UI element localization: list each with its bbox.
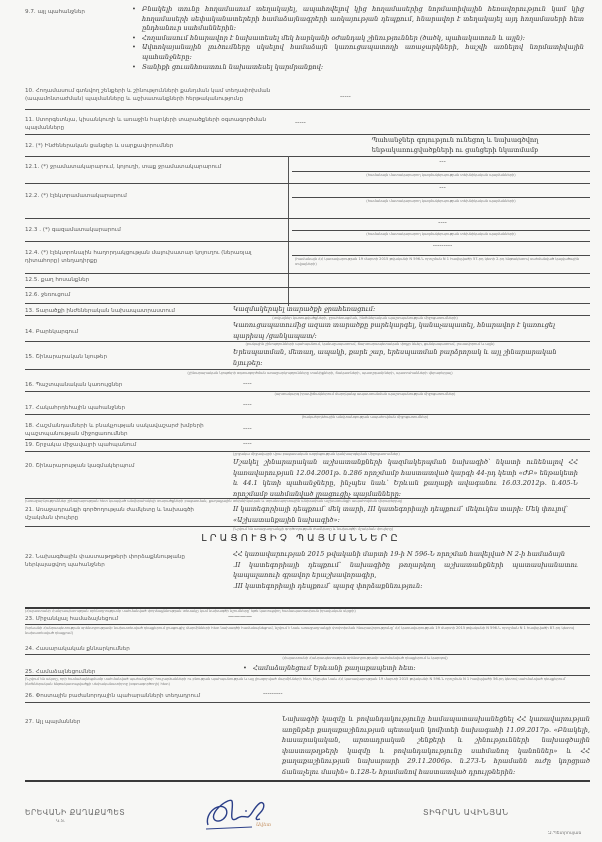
row-21-value: II կատեգորիայի դեպքում՝ մեկ տարի, III կա… bbox=[233, 504, 578, 525]
row-12-6-label: 12.6. ջեռուցում bbox=[25, 291, 285, 299]
row-22-label: 22. Նախագծային փաստաթղթերի փորձաքննությա… bbox=[25, 553, 215, 569]
row-27-value: Նախագծի կազմը և բովանդակությունը համապատ… bbox=[282, 714, 590, 777]
row-19-label: 19. Շրջակա միջավայրի պահպանում bbox=[25, 441, 235, 449]
column-divider bbox=[288, 156, 289, 306]
row-12-4-value: --------- bbox=[295, 242, 590, 249]
bullet-3: Ավտոկայանային լուծումները սկսելով համաձա… bbox=[132, 43, 584, 62]
row-24-note: (Հայաստանի Հանրապետության օրենսդրությամբ… bbox=[200, 656, 530, 661]
divider bbox=[25, 156, 590, 157]
row-25-note: (Նշվում են ակտը, որի համաձայնեցմամբ սահմ… bbox=[25, 677, 590, 688]
row-11-value: ----- bbox=[295, 119, 306, 126]
row-12-label: 12. (*) Ինժեներական ցանցեր և սարքավորում… bbox=[25, 142, 285, 150]
row-18-label: 18. Հաշմանդամների և բնակչության սակավաշա… bbox=[25, 422, 235, 438]
divider bbox=[25, 675, 590, 676]
row-16-value: ---- bbox=[243, 380, 252, 387]
row-10-label: 10. Հողամասում գտնվող շենքերի և շինությո… bbox=[25, 87, 315, 103]
document-page: 9.7. այլ պահանջներ Բնակելի տունը հողամաս… bbox=[0, 0, 602, 842]
row-12-value: Պահանջներ գոյություն ունեցող և նախագծվող… bbox=[330, 135, 580, 155]
row-9-7-label: 9.7. այլ պահանջներ bbox=[25, 8, 125, 16]
row-9-7-bullets: Բնակելի տունը հողամասում տեղակայել, ապահ… bbox=[132, 5, 584, 72]
executor-name: Զ.Պետրոսյան bbox=[548, 831, 581, 836]
row-22-line-2: .II կատեգորիայի դեպքում՝ նախագիծը թողարկ… bbox=[233, 560, 578, 581]
divider bbox=[292, 197, 590, 198]
row-12-1-note: (համանայն մատակարարող կազմակերպության տե… bbox=[292, 173, 590, 178]
divider bbox=[25, 654, 590, 655]
row-12-1-label: 12.1. (*) ջրամատակարարում, կոյուղի, տաք … bbox=[25, 163, 285, 171]
bullet-2: Հողամասում հնարավոր է նախատեսել մեկ հարկ… bbox=[132, 34, 584, 44]
row-22-line-1: ՀՀ կառավարության 2015 թվականի մարտի 19-ի… bbox=[233, 549, 578, 560]
row-12-4-label: 12.4. (*) էլեկտրոնային հաղորդակցության մ… bbox=[25, 249, 283, 265]
seal-mark: Կ.Տ. bbox=[56, 819, 65, 824]
divider bbox=[25, 287, 590, 288]
row-21-label: 21. Առաջադրանքի գործողության ժամկետը և ն… bbox=[25, 506, 205, 522]
row-22-value: ՀՀ կառավարության 2015 թվականի մարտի 19-ի… bbox=[233, 549, 578, 591]
divider bbox=[292, 171, 590, 172]
row-17-note: (հակահրդեհային անվտանգության ապահովման մ… bbox=[200, 415, 530, 420]
row-12-3-note: (համանայն մատակարարող կազմակերպության տե… bbox=[292, 232, 590, 237]
row-24-label: 24. Հասարակական քննարկումներ bbox=[25, 645, 225, 653]
row-12-2-label: 12.2. (*) էլեկտրամատակարարում bbox=[25, 192, 285, 200]
row-15-value: Երեսպատման, մետաղ, ապակի, քարե շար, երես… bbox=[233, 347, 578, 368]
row-23-label: 23. Միջանկյալ համաձայնեցում bbox=[25, 615, 225, 623]
divider bbox=[292, 255, 590, 256]
row-16-label: 16. Պաշտպանական կառույցներ bbox=[25, 381, 225, 389]
row-10-value: ----- bbox=[340, 93, 351, 100]
row-19-value: ---- bbox=[243, 440, 252, 447]
signatory-name: ՏԻԳՐԱՆ ԱՎԻՆՅԱՆ bbox=[423, 808, 509, 817]
row-26-label: 26. Փոստային բաժանորդային պահարանների տե… bbox=[25, 692, 255, 700]
row-17-label: 17. Հակահրդեհային պահանջներ bbox=[25, 404, 225, 412]
row-12-4-note: (համանայն ՀՀ կառավարության 19 մարտի 2015… bbox=[295, 257, 590, 268]
mayor-title: ԵՐԵՎԱՆԻ ՔԱՂԱՔԱՊԵՏ bbox=[25, 808, 125, 817]
row-25-value: Համաձայնեցում Երևանի քաղաքապետի հետ: bbox=[243, 663, 588, 674]
bullet-1: Բնակելի տունը հողամասում տեղակայել, ապահ… bbox=[132, 5, 584, 34]
row-22-line-3: .III կատեգորիայի դեպքում՝ պարզ փորձաքննո… bbox=[233, 581, 578, 592]
row-12-5-label: 12.5. քաղ հոսանքներ bbox=[25, 276, 285, 284]
row-14-label: 14. Բարեկարգում bbox=[25, 328, 225, 336]
divider bbox=[25, 369, 590, 370]
row-12-3-value: ---- bbox=[295, 219, 590, 226]
row-11-label: 11. Ստորգետնյա, կիսանկուղի և առաջին հարկ… bbox=[25, 116, 285, 132]
section-title: ԼՐԱՑՈՒՑԻՉ ՊԱՅՄԱՆՆԵՐԸ bbox=[0, 533, 602, 544]
row-13-value: Կազմակերպել տարածքի ջրահեռացում: bbox=[233, 304, 593, 315]
divider bbox=[25, 780, 590, 782]
row-20-label: 20. Շինարարության կազմակերպում bbox=[25, 462, 225, 470]
row-14-value: Կառուցապատումից ազատ տարածքը բարեկարգել,… bbox=[233, 320, 578, 341]
divider bbox=[25, 273, 590, 274]
divider bbox=[25, 624, 590, 625]
row-17-value: ---- bbox=[243, 401, 252, 408]
row-12-2-note: (համանայն մատակարարող կազմակերպության տե… bbox=[292, 199, 590, 204]
bullet-4: Տանիքի ցուանհռատուն նախատեսել կարմրանքով… bbox=[132, 63, 584, 73]
row-15-label: 15. Շինարարական նյութեր bbox=[25, 353, 225, 361]
row-18-value: ---- bbox=[243, 425, 252, 432]
row-26-value: --------- bbox=[263, 690, 283, 697]
row-23-note: (Երևանի Հանրապետության օրենսդրությամբ նա… bbox=[25, 626, 590, 637]
row-15-note: (շինարարական նյութերի օգտագործման առաջար… bbox=[100, 371, 540, 376]
row-22-note: (Հայաստանի Հանրապետության օրենսդրությամբ… bbox=[25, 609, 590, 614]
divider bbox=[25, 109, 590, 110]
row-27-label: 27. Այլ պայմաններ bbox=[25, 718, 225, 726]
divider bbox=[292, 230, 590, 231]
row-20-value: Մշակել շինարարական աշխատանքների կազմակեր… bbox=[233, 457, 578, 499]
row-21-note: (Նշվում են առաջադրանքի գործողության ժամկ… bbox=[233, 527, 563, 532]
signature-note: Ավետ bbox=[256, 822, 271, 828]
row-16-note: (արտակարգ իրավիճակներում մարդկանց ապաստա… bbox=[200, 392, 530, 397]
row-23-value: ———— bbox=[228, 613, 252, 620]
row-12-2-value: --- bbox=[295, 184, 590, 191]
row-25-bullet: Համաձայնեցում Երևանի քաղաքապետի հետ: bbox=[243, 663, 588, 674]
divider bbox=[25, 702, 590, 703]
row-12-1-value: --- bbox=[295, 158, 590, 165]
row-12-3-label: 12.3 . (*) գազամատակարարում bbox=[25, 226, 285, 234]
divider bbox=[25, 439, 590, 440]
